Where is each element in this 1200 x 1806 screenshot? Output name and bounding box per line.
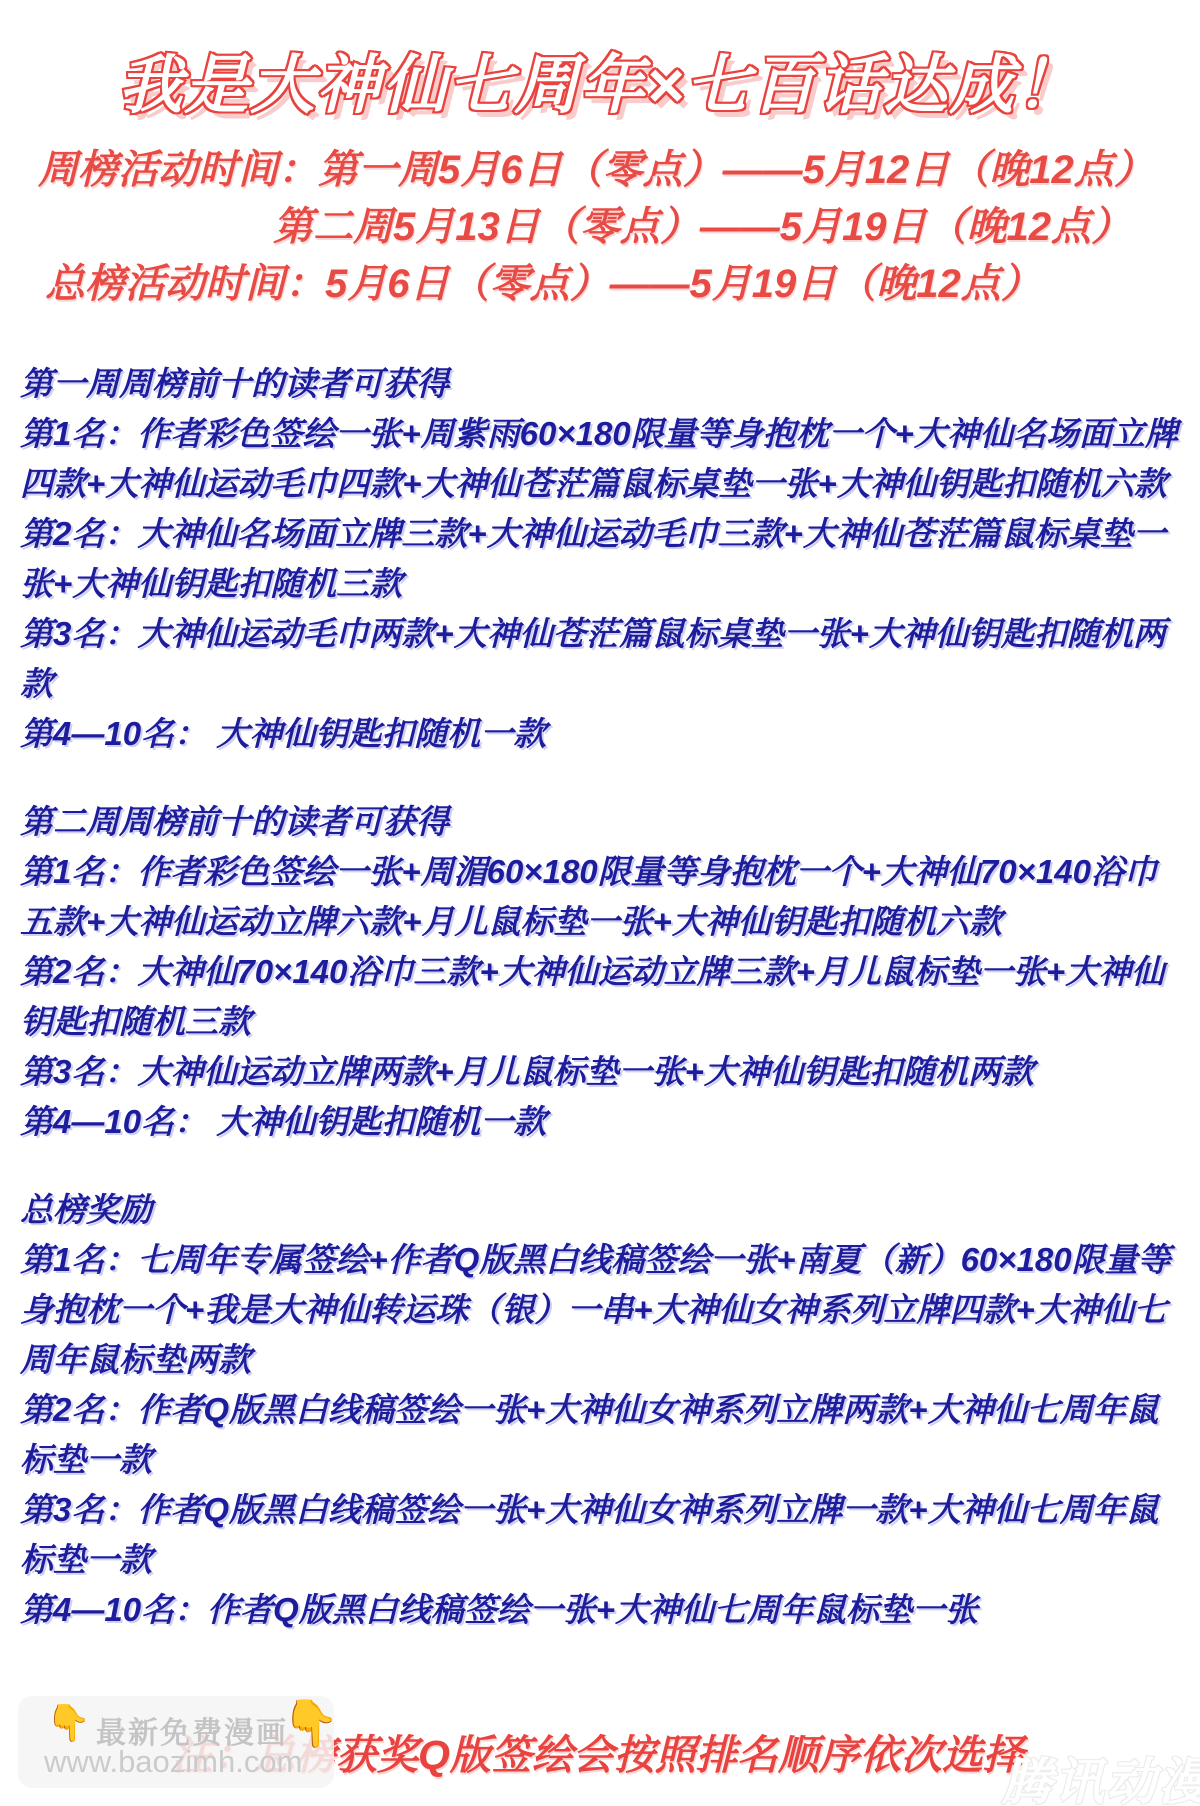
total-prize-section: 总榜奖励 第1名：七周年专属签绘+作者Q版黑白线稿签绘一张+南夏（新）60×18… <box>20 1185 1185 1635</box>
watermark-url: www.baozimh.com <box>44 1744 302 1780</box>
prize-content: 第一周周榜前十的读者可获得 第1名：作者彩色签绘一张+周紫雨60×180限量等身… <box>0 359 1200 1635</box>
page-title-text: 我是大神仙七周年×七百话达成！ <box>118 49 1081 121</box>
prize-line: 第4—10名： 大神仙钥匙扣随机一款 <box>20 1097 1185 1147</box>
baozimh-watermark: 👇 最新免费漫画 👇 www.baozimh.com <box>18 1696 334 1788</box>
week2-prize-section: 第二周周榜前十的读者可获得 第1名：作者彩色签绘一张+周湄60×180限量等身抱… <box>20 797 1185 1147</box>
prize-line: 第2名：大神仙名场面立牌三款+大神仙运动毛巾三款+大神仙苍茫篇鼠标桌垫一张+大神… <box>20 509 1185 609</box>
section-heading: 总榜奖励 <box>20 1185 1185 1235</box>
prize-line: 第3名：大神仙运动毛巾两款+大神仙苍茫篇鼠标桌垫一张+大神仙钥匙扣随机两款 <box>20 609 1185 709</box>
tencent-comics-logo: 腾讯动漫 <box>1002 1742 1200 1806</box>
prize-line: 第4—10名： 大神仙钥匙扣随机一款 <box>20 709 1185 759</box>
section-heading: 第一周周榜前十的读者可获得 <box>20 359 1185 409</box>
prize-line: 第3名：作者Q版黑白线稿签绘一张+大神仙女神系列立牌一款+大神仙七周年鼠标垫一款 <box>20 1485 1185 1585</box>
weekly-schedule-line-2: 第二周5月13日（零点）——5月19日（晚12点） <box>38 199 1200 256</box>
announcement-page: 我是大神仙七周年×七百话达成！ 周榜活动时间：第一周5月6日（零点）——5月12… <box>0 0 1200 1806</box>
prize-line: 第3名：大神仙运动立牌两款+月儿鼠标垫一张+大神仙钥匙扣随机两款 <box>20 1047 1185 1097</box>
prize-line: 第4—10名：作者Q版黑白线稿签绘一张+大神仙七周年鼠标垫一张 <box>20 1585 1185 1635</box>
section-heading: 第二周周榜前十的读者可获得 <box>20 797 1185 847</box>
prize-line: 第1名：作者彩色签绘一张+周湄60×180限量等身抱枕一个+大神仙70×140浴… <box>20 847 1185 947</box>
pointing-down-icon: 👇 <box>282 1696 339 1751</box>
page-title: 我是大神仙七周年×七百话达成！ <box>0 0 1200 126</box>
prize-line: 第1名：作者彩色签绘一张+周紫雨60×180限量等身抱枕一个+大神仙名场面立牌四… <box>20 409 1185 509</box>
prize-line: 第2名：作者Q版黑白线稿签绘一张+大神仙女神系列立牌两款+大神仙七周年鼠标垫一款 <box>20 1385 1185 1485</box>
prize-line: 第2名：大神仙70×140浴巾三款+大神仙运动立牌三款+月儿鼠标垫一张+大神仙钥… <box>20 947 1185 1047</box>
weekly-schedule-line-1: 周榜活动时间：第一周5月6日（零点）——5月12日（晚12点） <box>38 142 1200 199</box>
schedule-block: 周榜活动时间：第一周5月6日（零点）——5月12日（晚12点） 第二周5月13日… <box>0 142 1200 313</box>
pointing-down-icon: 👇 <box>46 1702 91 1744</box>
total-schedule-line: 总榜活动时间：5月6日（零点）——5月19日（晚12点） <box>38 256 1200 313</box>
prize-line: 第1名：七周年专属签绘+作者Q版黑白线稿签绘一张+南夏（新）60×180限量等身… <box>20 1235 1185 1385</box>
week1-prize-section: 第一周周榜前十的读者可获得 第1名：作者彩色签绘一张+周紫雨60×180限量等身… <box>20 359 1185 759</box>
